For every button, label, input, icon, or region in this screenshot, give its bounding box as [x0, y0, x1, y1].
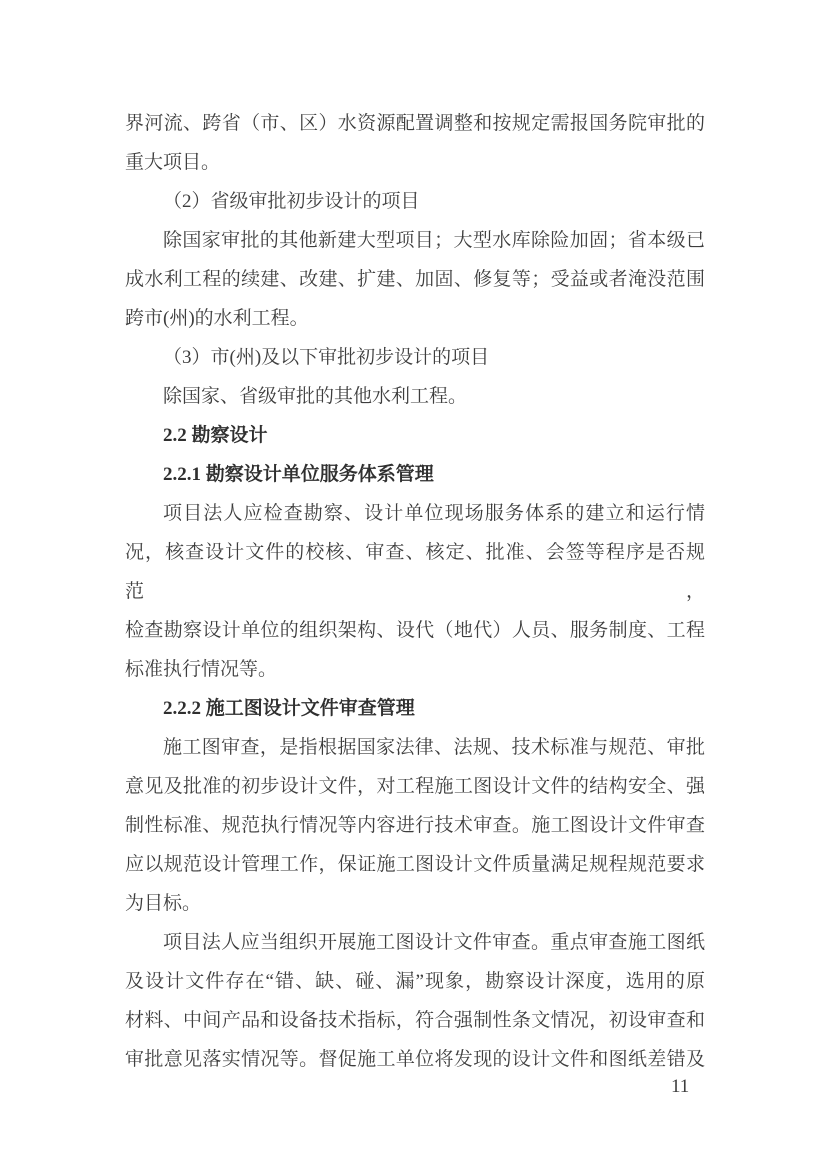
page-number: 11 — [671, 1077, 689, 1096]
body-text-line: 施工图审查，是指根据国家法律、法规、技术标准与规范、审批 — [125, 728, 705, 767]
body-text-line: 项目法人应当组织开展施工图设计文件审查。重点审查施工图纸 — [125, 923, 705, 962]
body-text-line: 标准执行情况等。 — [125, 650, 705, 689]
body-text-line: 检查勘察设计单位的组织架构、设代（地代）人员、服务制度、工程 — [125, 611, 705, 650]
body-text-line: 材料、中间产品和设备技术指标，符合强制性条文情况，初设审查和 — [125, 1001, 705, 1040]
body-text-line: 为目标。 — [125, 884, 705, 923]
body-text-line: 跨市(州)的水利工程。 — [125, 299, 705, 338]
body-text-line: 意见及批准的初步设计文件，对工程施工图设计文件的结构安全、强 — [125, 767, 705, 806]
body-text-line: 项目法人应检查勘察、设计单位现场服务体系的建立和运行情 — [125, 494, 705, 533]
list-item-2-line: （2）省级审批初步设计的项目 — [125, 182, 705, 221]
body-text-line: 除国家、省级审批的其他水利工程。 — [125, 377, 705, 416]
body-text-line: 审批意见落实情况等。督促施工单位将发现的设计文件和图纸差错及 — [125, 1040, 705, 1079]
heading-2-2-2: 2.2.2 施工图设计文件审查管理 — [125, 689, 705, 728]
body-text-line: 应以规范设计管理工作，保证施工图设计文件质量满足规程规范要求 — [125, 845, 705, 884]
body-text-line: 况，核查设计文件的校核、审查、核定、批准、会签等程序是否规范， — [125, 533, 705, 611]
heading-2-2-1: 2.2.1 勘察设计单位服务体系管理 — [125, 455, 705, 494]
body-text-line: 除国家审批的其他新建大型项目；大型水库除险加固；省本级已 — [125, 221, 705, 260]
list-item-3-line: （3）市(州)及以下审批初步设计的项目 — [125, 338, 705, 377]
document-body: 界河流、跨省（市、区）水资源配置调整和按规定需报国务院审批的 重大项目。 （2）… — [125, 104, 705, 1079]
body-text-line: 制性标准、规范执行情况等内容进行技术审查。施工图设计文件审查 — [125, 806, 705, 845]
body-text-line: 成水利工程的续建、改建、扩建、加固、修复等；受益或者淹没范围 — [125, 260, 705, 299]
body-text-line: 重大项目。 — [125, 143, 705, 182]
document-page: 界河流、跨省（市、区）水资源配置调整和按规定需报国务院审批的 重大项目。 （2）… — [0, 0, 826, 1169]
body-text-line: 界河流、跨省（市、区）水资源配置调整和按规定需报国务院审批的 — [125, 104, 705, 143]
heading-2-2: 2.2 勘察设计 — [125, 416, 705, 455]
body-text-line: 及设计文件存在“错、缺、碰、漏”现象，勘察设计深度，选用的原 — [125, 962, 705, 1001]
